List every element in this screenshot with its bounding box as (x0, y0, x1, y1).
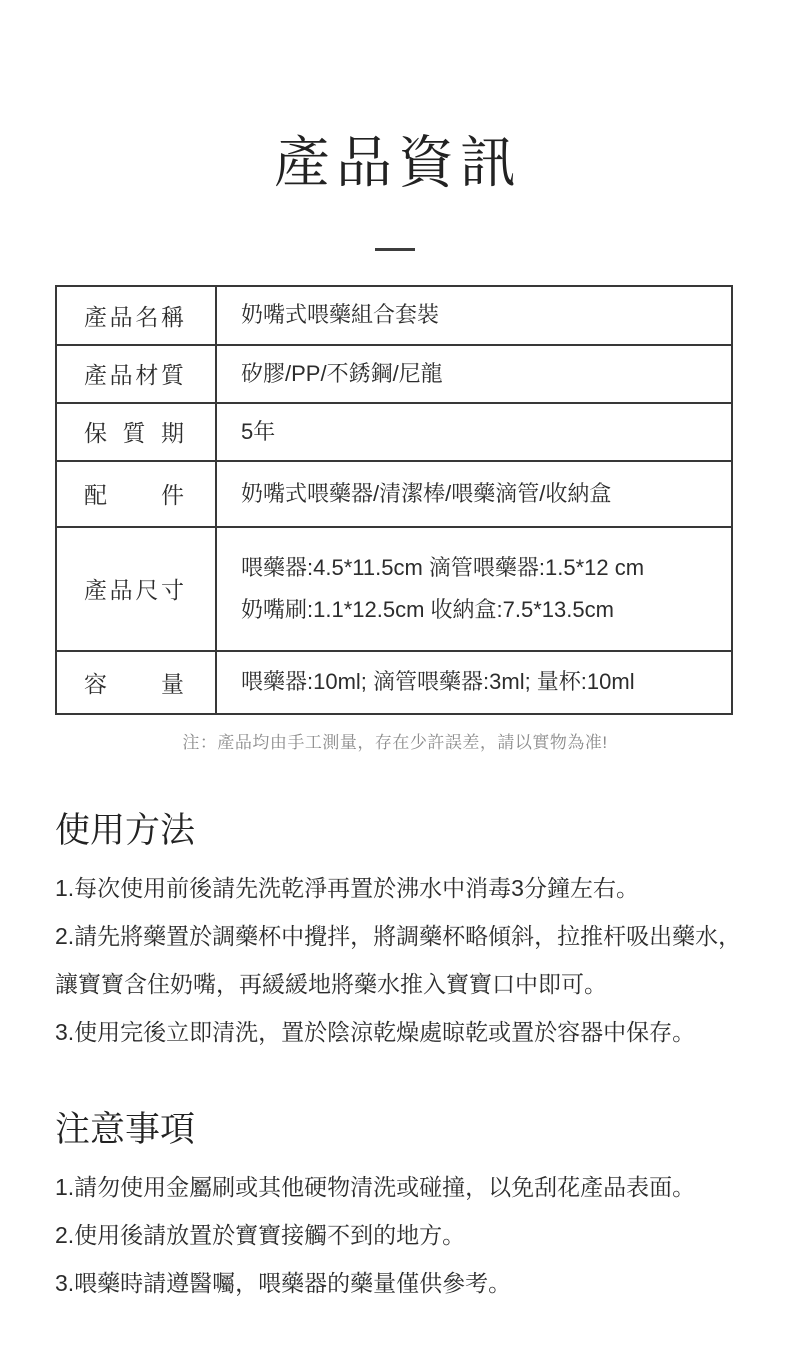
spec-label-cell: 產品材質 (57, 346, 217, 402)
spec-value: 矽膠/PP/不銹鋼/尼龍 (241, 353, 723, 395)
spec-label: 配件 (84, 477, 184, 510)
notice-item-1: 1.請勿使用金屬刷或其他硬物清洗或碰撞，以免刮花產品表面。 (55, 1163, 755, 1211)
spec-value: 奶嘴式喂藥組合套裝 (241, 294, 723, 336)
spec-label-cell: 配件 (57, 462, 217, 526)
usage-body: 1.每次使用前後請先洗乾淨再置於沸水中消毒3分鐘左右。 2.請先將藥置於調藥杯中… (55, 864, 755, 1056)
spec-row-product-name: 產品名稱 奶嘴式喂藥組合套裝 (57, 287, 731, 344)
spec-value-cell: 奶嘴式喂藥器/清潔棒/喂藥滴管/收納盒 (217, 462, 731, 526)
spec-value-cell: 喂藥器:10ml; 滴管喂藥器:3ml; 量杯:10ml (217, 652, 731, 713)
spec-value-line-2: 奶嘴刷:1.1*12.5cm 收納盒:7.5*13.5cm (241, 589, 723, 631)
spec-value-cell: 5年 (217, 404, 731, 460)
spec-table: 產品名稱 奶嘴式喂藥組合套裝 產品材質 矽膠/PP/不銹鋼/尼龍 保質期 5年 (55, 285, 733, 715)
page-title: 產品資訊 (0, 0, 790, 193)
product-info-page: 產品資訊 產品名稱 奶嘴式喂藥組合套裝 產品材質 矽膠/PP/不銹鋼/尼龍 保質… (0, 0, 790, 1368)
usage-step-1: 1.每次使用前後請先洗乾淨再置於沸水中消毒3分鐘左右。 (55, 864, 755, 912)
notice-body: 1.請勿使用金屬刷或其他硬物清洗或碰撞，以免刮花產品表面。 2.使用後請放置於寶… (55, 1163, 755, 1307)
notice-item-2: 2.使用後請放置於寶寶接觸不到的地方。 (55, 1211, 755, 1259)
spec-value-line-1: 喂藥器:4.5*11.5cm 滴管喂藥器:1.5*12 cm (241, 547, 723, 589)
notice-heading: 注意事項 (55, 1109, 755, 1151)
spec-label: 產品材質 (84, 357, 184, 390)
spec-label-cell: 產品尺寸 (57, 528, 217, 650)
spec-label-cell: 容量 (57, 652, 217, 713)
spec-value-cell: 奶嘴式喂藥組合套裝 (217, 287, 731, 344)
usage-step-2-line-1: 2.請先將藥置於調藥杯中攪拌，將調藥杯略傾斜，拉推杆吸出藥水， (55, 912, 755, 960)
measurement-note: 注：產品均由手工測量，存在少許誤差，請以實物為准! (0, 728, 790, 753)
spec-row-material: 產品材質 矽膠/PP/不銹鋼/尼龍 (57, 344, 731, 402)
notice-section: 注意事項 1.請勿使用金屬刷或其他硬物清洗或碰撞，以免刮花產品表面。 2.使用後… (55, 1109, 755, 1307)
spec-row-capacity: 容量 喂藥器:10ml; 滴管喂藥器:3ml; 量杯:10ml (57, 650, 731, 713)
spec-value: 喂藥器:10ml; 滴管喂藥器:3ml; 量杯:10ml (241, 661, 723, 703)
spec-value: 奶嘴式喂藥器/清潔棒/喂藥滴管/收納盒 (241, 473, 723, 515)
spec-row-dimensions: 產品尺寸 喂藥器:4.5*11.5cm 滴管喂藥器:1.5*12 cm 奶嘴刷:… (57, 526, 731, 650)
spec-label: 保質期 (84, 415, 184, 448)
spec-value: 5年 (241, 411, 723, 453)
spec-label: 產品尺寸 (84, 572, 184, 605)
spec-row-shelf-life: 保質期 5年 (57, 402, 731, 460)
spec-label: 產品名稱 (84, 299, 184, 332)
spec-value-cell: 喂藥器:4.5*11.5cm 滴管喂藥器:1.5*12 cm 奶嘴刷:1.1*1… (217, 528, 731, 650)
usage-heading: 使用方法 (55, 810, 755, 852)
usage-step-3: 3.使用完後立即清洗，置於陰涼乾燥處晾乾或置於容器中保存。 (55, 1008, 755, 1056)
spec-label-cell: 產品名稱 (57, 287, 217, 344)
usage-step-2-line-2: 讓寶寶含住奶嘴，再緩緩地將藥水推入寶寶口中即可。 (55, 960, 755, 1008)
spec-label: 容量 (84, 666, 184, 699)
spec-label-cell: 保質期 (57, 404, 217, 460)
usage-section: 使用方法 1.每次使用前後請先洗乾淨再置於沸水中消毒3分鐘左右。 2.請先將藥置… (55, 810, 755, 1056)
spec-row-accessories: 配件 奶嘴式喂藥器/清潔棒/喂藥滴管/收納盒 (57, 460, 731, 526)
notice-item-3: 3.喂藥時請遵醫囑，喂藥器的藥量僅供參考。 (55, 1259, 755, 1307)
title-divider (375, 248, 415, 251)
spec-value-cell: 矽膠/PP/不銹鋼/尼龍 (217, 346, 731, 402)
